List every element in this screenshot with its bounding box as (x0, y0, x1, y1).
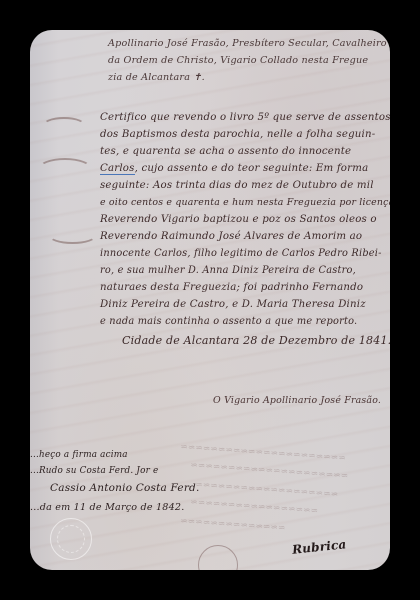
header-line: zia de Alcantara ✝. (108, 72, 205, 83)
margin-flourish (38, 158, 92, 180)
date-line: Cidade de Alcantara 28 de Dezembro de 18… (122, 334, 390, 347)
header-line: da Ordem de Christo, Vigario Collado nes… (108, 55, 368, 66)
margin-note-line: ...Rudo su Costa Ferd. Jor e (30, 466, 158, 476)
vicar-signature: O Vigario Apollinario José Frasão. (213, 395, 381, 406)
margin-note-name: Cassio Antonio Costa Ferd. (50, 482, 200, 494)
body-line: Reverendo Raimundo José Alvares de Amori… (100, 231, 362, 242)
header-line: Apollinario José Frasão, Presbítero Secu… (108, 38, 387, 49)
body-line: e nada mais continha o assento a que me … (100, 316, 357, 327)
body-line: naturaes desta Freguezia; foi padrinho F… (100, 282, 363, 293)
margin-note-date: ...da em 11 de Março de 1842. (30, 502, 184, 513)
body-line: seguinte: Aos trinta dias do mez de Outu… (100, 180, 374, 191)
margin-flourish (48, 226, 97, 244)
margin-flourish (42, 117, 86, 135)
archive-seal-icon (50, 518, 92, 560)
body-line: Diniz Pereira de Castro, e D. Maria Ther… (100, 299, 366, 310)
document-page: ≈≈≈≈≈≈≈≈≈≈≈≈≈≈≈≈≈≈≈≈≈≈ ≈≈≈≈≈≈≈≈≈≈≈≈≈≈≈≈≈… (30, 30, 390, 570)
body-line: tes, e quarenta se acha o assento do inn… (100, 146, 351, 157)
body-line: Reverendo Vigario baptizou e poz os Sant… (100, 214, 377, 225)
body-line: innocente Carlos, filho legitimo de Carl… (100, 248, 382, 259)
body-line: Certifico que revendo o livro 5º que ser… (100, 112, 390, 123)
margin-note-line: ...heço a firma acima (30, 450, 128, 460)
body-line: Carlos, cujo assento e do teor seguinte:… (100, 163, 368, 174)
body-line: e oito centos e quarenta e hum nesta Fre… (100, 197, 390, 208)
body-line: ro, e sua mulher D. Anna Diniz Pereira d… (100, 265, 356, 276)
body-line: dos Baptismos desta parochia, nelle a fo… (100, 129, 375, 140)
underlined-name: Carlos (100, 163, 135, 175)
body-line-rest: , cujo assento e do teor seguinte: Em fo… (135, 163, 369, 174)
